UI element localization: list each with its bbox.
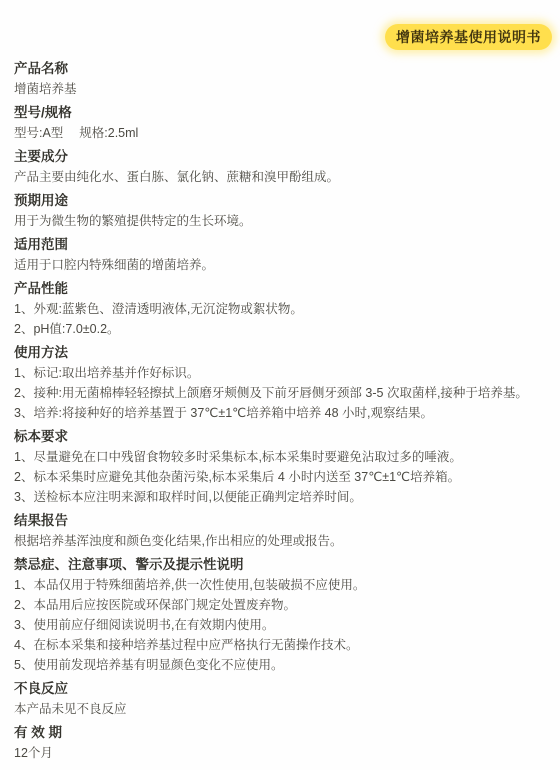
- section-line: 2、本品用后应按医院或环保部门规定处置废弃物。: [14, 595, 546, 615]
- section-line: 2、接种:用无菌棉棒轻轻擦拭上颌磨牙颊侧及下前牙唇侧牙颈部 3-5 次取菌样,接…: [14, 383, 546, 403]
- section-intended-use: 预期用途 用于为微生物的繁殖提供特定的生长环境。: [14, 191, 546, 231]
- section-product-performance: 产品性能 1、外观:蓝紫色、澄清透明液体,无沉淀物或絮状物。 2、pH值:7.0…: [14, 279, 546, 339]
- section-heading: 适用范围: [14, 235, 546, 255]
- section-line: 1、尽量避免在口中残留食物较多时采集标本,标本采集时要避免沾取过多的唾液。: [14, 447, 546, 467]
- section-heading: 有 效 期: [14, 723, 546, 743]
- section-heading: 禁忌症、注意事项、警示及提示性说明: [14, 555, 546, 575]
- title-badge: 增菌培养基使用说明书: [385, 24, 552, 50]
- section-shelf-life: 有 效 期 12个月: [14, 723, 546, 763]
- section-heading: 不良反应: [14, 679, 546, 699]
- section-heading: 产品性能: [14, 279, 546, 299]
- section-line: 本产品未见不良反应: [14, 699, 546, 719]
- section-scope: 适用范围 适用于口腔内特殊细菌的增菌培养。: [14, 235, 546, 275]
- section-heading: 主要成分: [14, 147, 546, 167]
- section-line: 用于为微生物的繁殖提供特定的生长环境。: [14, 211, 546, 231]
- section-line: 型号:A型 规格:2.5ml: [14, 123, 546, 143]
- section-line: 产品主要由纯化水、蛋白胨、氯化钠、蔗糖和溴甲酚组成。: [14, 167, 546, 187]
- section-result-report: 结果报告 根据培养基浑浊度和颜色变化结果,作出相应的处理或报告。: [14, 511, 546, 551]
- section-heading: 标本要求: [14, 427, 546, 447]
- instruction-sheet-page: 增菌培养基使用说明书 产品名称 增菌培养基 型号/规格 型号:A型 规格:2.5…: [0, 0, 560, 770]
- section-heading: 产品名称: [14, 59, 546, 79]
- section-line: 4、在标本采集和接种培养基过程中应严格执行无菌操作技术。: [14, 635, 546, 655]
- section-line: 增菌培养基: [14, 79, 546, 99]
- section-main-ingredients: 主要成分 产品主要由纯化水、蛋白胨、氯化钠、蔗糖和溴甲酚组成。: [14, 147, 546, 187]
- section-line: 2、标本采集时应避免其他杂菌污染,标本采集后 4 小时内送至 37℃±1℃培养箱…: [14, 467, 546, 487]
- section-contraindications-warnings: 禁忌症、注意事项、警示及提示性说明 1、本品仅用于特殊细菌培养,供一次性使用,包…: [14, 555, 546, 675]
- section-heading: 结果报告: [14, 511, 546, 531]
- section-heading: 使用方法: [14, 343, 546, 363]
- section-specimen-requirements: 标本要求 1、尽量避免在口中残留食物较多时采集标本,标本采集时要避免沾取过多的唾…: [14, 427, 546, 507]
- section-line: 5、使用前发现培养基有明显颜色变化不应使用。: [14, 655, 546, 675]
- section-heading: 型号/规格: [14, 103, 546, 123]
- section-line: 1、本品仅用于特殊细菌培养,供一次性使用,包装破损不应使用。: [14, 575, 546, 595]
- section-heading: 预期用途: [14, 191, 546, 211]
- section-model-spec: 型号/规格 型号:A型 规格:2.5ml: [14, 103, 546, 143]
- section-line: 1、标记:取出培养基并作好标识。: [14, 363, 546, 383]
- section-line: 2、pH值:7.0±0.2。: [14, 319, 546, 339]
- section-line: 3、培养:将接种好的培养基置于 37℃±1℃培养箱中培养 48 小时,观察结果。: [14, 403, 546, 423]
- section-line: 1、外观:蓝紫色、澄清透明液体,无沉淀物或絮状物。: [14, 299, 546, 319]
- section-adverse-reactions: 不良反应 本产品未见不良反应: [14, 679, 546, 719]
- section-usage-method: 使用方法 1、标记:取出培养基并作好标识。 2、接种:用无菌棉棒轻轻擦拭上颌磨牙…: [14, 343, 546, 423]
- section-line: 3、送检标本应注明来源和取样时间,以便能正确判定培养时间。: [14, 487, 546, 507]
- section-line: 12个月: [14, 743, 546, 763]
- section-product-name: 产品名称 增菌培养基: [14, 59, 546, 99]
- section-line: 根据培养基浑浊度和颜色变化结果,作出相应的处理或报告。: [14, 531, 546, 551]
- section-line: 3、使用前应仔细阅读说明书,在有效期内使用。: [14, 615, 546, 635]
- section-line: 适用于口腔内特殊细菌的增菌培养。: [14, 255, 546, 275]
